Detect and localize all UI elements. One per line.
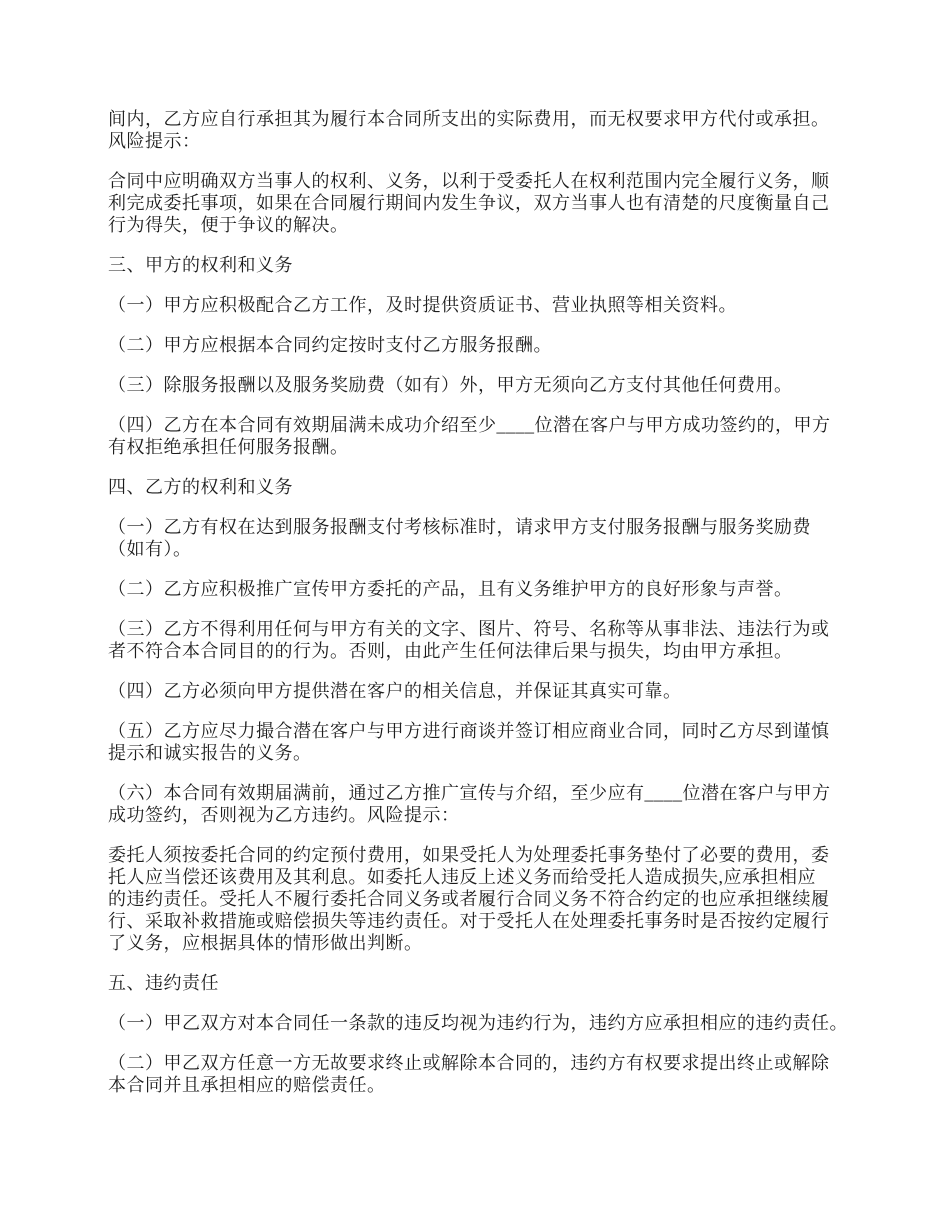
clause-3-3: （三）除服务报酬以及服务奖励费（如有）外，甲方无须向乙方支付其他任何费用。 [108,374,853,396]
clause-3-2: （二）甲方应根据本合同约定按时支付乙方服务报酬。 [108,334,853,356]
clause-5-1: （一）甲乙双方对本合同任一条款的违反均视为违约行为，违约方应承担相应的违约责任。 [108,1012,853,1034]
continuation-paragraph: 间内，乙方应自行承担其为履行本合同所支出的实际费用，而无权要求甲方代付或承担。 … [108,108,853,152]
section-heading-5: 五、违约责任 [108,972,853,994]
clause-4-2: （二）乙方应积极推广宣传甲方委托的产品，且有义务维护甲方的良好形象与声誉。 [108,578,853,600]
clause-4-5: （五）乙方应尽力撮合潜在客户与甲方进行商谈并签订相应商业合同，同时乙方尽到谨慎 … [108,720,853,764]
section-heading-3: 三、甲方的权利和义务 [108,254,853,276]
clause-4-3: （三）乙方不得利用任何与甲方有关的文字、图片、符号、名称等从事非法、违法行为或 … [108,618,853,662]
clause-4-1: （一）乙方有权在达到服务报酬支付考核标准时，请求甲方支付服务报酬与服务奖励费 （… [108,516,853,560]
clause-3-4: （四）乙方在本合同有效期届满未成功介绍至少____位潜在客户与甲方成功签约的，甲… [108,414,853,458]
contract-document-page: 间内，乙方应自行承担其为履行本合同所支出的实际费用，而无权要求甲方代付或承担。 … [108,108,853,1114]
section-heading-4: 四、乙方的权利和义务 [108,476,853,498]
risk-explanation-paragraph: 委托人须按委托合同的约定预付费用，如果受托人为处理委托事务垫付了必要的费用，委 … [108,844,853,954]
clause-4-6: （六）本合同有效期届满前，通过乙方推广宣传与介绍，至少应有____位潜在客户与甲… [108,782,853,826]
clause-3-1: （一）甲方应积极配合乙方工作，及时提供资质证书、营业执照等相关资料。 [108,294,853,316]
risk-explanation-paragraph: 合同中应明确双方当事人的权利、义务，以利于受委托人在权利范围内完全履行义务，顺 … [108,170,853,236]
clause-5-2: （二）甲乙双方任意一方无故要求终止或解除本合同的，违约方有权要求提出终止或解除 … [108,1052,853,1096]
clause-4-4: （四）乙方必须向甲方提供潜在客户的相关信息，并保证其真实可靠。 [108,680,853,702]
